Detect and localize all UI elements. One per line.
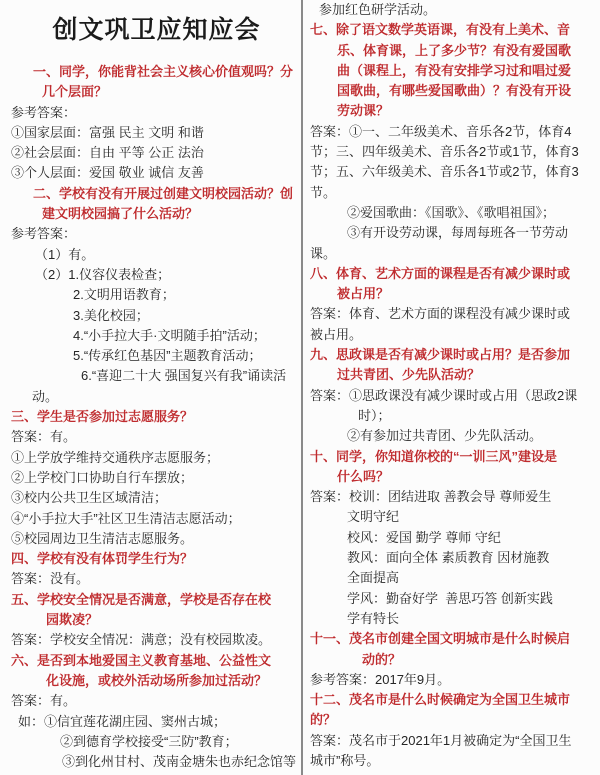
answer-line: 答案：没有。 [11, 569, 302, 589]
question-line: 二、学校有没有开展过创建文明校园活动？创 [11, 184, 302, 204]
document-page: 创文巩卫应知应会 一、同学，你能背社会主义核心价值观吗？分几个层面？参考答案：①… [0, 0, 600, 775]
answer-line: ③校内公共卫生区域清洁； [11, 488, 302, 508]
answer-line: 2.文明用语教育； [11, 285, 302, 305]
question-line: 园欺凌？ [11, 610, 302, 630]
answer-line: ③个人层面：爱国 敬业 诚信 友善 [11, 163, 302, 183]
question-line: 八、体育、艺术方面的课程是否有减少课时或 [310, 264, 600, 284]
question-line: 几个层面？ [11, 82, 302, 102]
question-line: 六、是否到本地爱国主义教育基地、公益性文 [11, 651, 302, 671]
answer-line: ①国家层面：富强 民主 文明 和谐 [11, 123, 302, 143]
question-line: 十一、茂名市创建全国文明城市是什么时候启 [310, 629, 600, 649]
question-line: 九、思政课是否有减少课时或占用？是否参加 [310, 345, 600, 365]
answer-line: 城市”称号。 [310, 751, 600, 771]
answer-line: 参加红色研学活动。 [310, 0, 600, 20]
question-line: 过共青团、少先队活动？ [310, 365, 600, 385]
answer-line: 答案：有。 [11, 427, 302, 447]
answer-line: 节；三、四年级美术、音乐各2节或1节，体育3 [310, 142, 600, 162]
answer-line: 教风：面向全体 素质教育 因材施教 [310, 548, 600, 568]
answer-line: 参考答案：2017年9月。 [310, 670, 600, 690]
answer-line: 答案：茂名市于2021年1月被确定为“全国卫生 [310, 731, 600, 751]
answer-line: 参考答案： [11, 224, 302, 244]
answer-line: 被占用。 [310, 325, 600, 345]
question-line: 曲（课程上，有没有安排学习过和唱过爱 [310, 61, 600, 81]
answer-line: 参考答案： [11, 103, 302, 123]
answer-line: 3.美化校园； [11, 306, 302, 326]
question-line: 五、学校安全情况是否满意，学校是否存在校 [11, 590, 302, 610]
right-column: 参加红色研学活动。七、除了语文数学英语课，有没有上美术、音乐、体育课，上了多少节… [310, 0, 600, 771]
answer-line: 答案：体育、艺术方面的课程没有减少课时或 [310, 304, 600, 324]
question-line: 一、同学，你能背社会主义核心价值观吗？分 [11, 62, 302, 82]
answer-line: 全面提高 [310, 568, 600, 588]
answer-line: 节；五、六年级美术、音乐各1节或2节，体育3 [310, 162, 600, 182]
question-line: 化设施，或校外活动场所参加过活动？ [11, 671, 302, 691]
answer-line: 6.“喜迎二十大 强国复兴有我”诵读活 [11, 366, 302, 386]
answer-line: 如：①信宜莲花湖庄园、窦州古城； [11, 712, 302, 732]
answer-line: 节。 [310, 183, 600, 203]
right-column-lines: 参加红色研学活动。七、除了语文数学英语课，有没有上美术、音乐、体育课，上了多少节… [310, 0, 600, 771]
answer-line: 5.“传承红色基因”主题教育活动； [11, 346, 302, 366]
answer-line: ⑤校园周边卫生清洁志愿服务。 [11, 529, 302, 549]
answer-line: 学风：勤奋好学 善思巧答 创新实践 [310, 589, 600, 609]
answer-line: 答案：①一、二年级美术、音乐各2节，体育4 [310, 122, 600, 142]
question-line: 什么吗？ [310, 467, 600, 487]
answer-line: 时）； [310, 406, 600, 426]
question-line: 建文明校园搞了什么活动？ [11, 204, 302, 224]
answer-line: 答案：有。 [11, 691, 302, 711]
answer-line: ②有参加过共青团、少先队活动。 [310, 426, 600, 446]
answer-line: ④“小手拉大手”社区卫生清洁志愿活动； [11, 509, 302, 529]
question-line: 动的？ [310, 650, 600, 670]
column-divider-line [301, 0, 303, 775]
answer-line: ③到化州甘村、茂南金塘朱也赤纪念馆等 [11, 752, 302, 772]
answer-line: 答案：学校安全情况：满意；没有校园欺凌。 [11, 630, 302, 650]
answer-line: ②爱国歌曲：《国歌》、《歌唱祖国》； [310, 203, 600, 223]
left-column-lines: 一、同学，你能背社会主义核心价值观吗？分几个层面？参考答案：①国家层面：富强 民… [11, 62, 302, 772]
question-line: 十二、茂名市是什么时候确定为全国卫生城市 [310, 690, 600, 710]
answer-line: 课。 [310, 244, 600, 264]
answer-line: 4.“小手拉大手·文明随手拍”活动； [11, 326, 302, 346]
answer-line: ②社会层面：自由 平等 公正 法治 [11, 143, 302, 163]
question-line: 劳动课？ [310, 101, 600, 121]
left-column: 创文巩卫应知应会 一、同学，你能背社会主义核心价值观吗？分几个层面？参考答案：①… [0, 0, 302, 772]
answer-line: （2）1.仪容仪表检查； [11, 265, 302, 285]
answer-line: ③有开设劳动课，每周每班各一节劳动 [310, 223, 600, 243]
question-line: 十、同学，你知道你校的“一训三风”建设是 [310, 447, 600, 467]
question-line: 四、学校有没有体罚学生行为？ [11, 549, 302, 569]
answer-line: 动。 [11, 387, 302, 407]
answer-line: ②上学校门口协助自行车摆放； [11, 468, 302, 488]
question-line: 国歌曲，有哪些爱国歌曲）？有没有开设 [310, 81, 600, 101]
question-line: 乐、体育课，上了多少节？有没有爱国歌 [310, 41, 600, 61]
answer-line: ②到德育学校接受“三防”教育； [11, 732, 302, 752]
answer-line: ①上学放学维持交通秩序志愿服务； [11, 448, 302, 468]
answer-line: （1）有。 [11, 245, 302, 265]
answer-line: 学有特长 [310, 609, 600, 629]
answer-line: 答案：①思政课没有减少课时或占用（思政2课 [310, 386, 600, 406]
answer-line: 答案：校训：团结进取 善教会导 尊师爱生 [310, 487, 600, 507]
question-line: 三、学生是否参加过志愿服务？ [11, 407, 302, 427]
question-line: 被占用？ [310, 284, 600, 304]
question-line: 的？ [310, 710, 600, 730]
answer-line: 校风：爱国 勤学 尊师 守纪 [310, 528, 600, 548]
answer-line: 文明守纪 [310, 507, 600, 527]
question-line: 七、除了语文数学英语课，有没有上美术、音 [310, 20, 600, 40]
page-title: 创文巩卫应知应会 [11, 0, 302, 62]
